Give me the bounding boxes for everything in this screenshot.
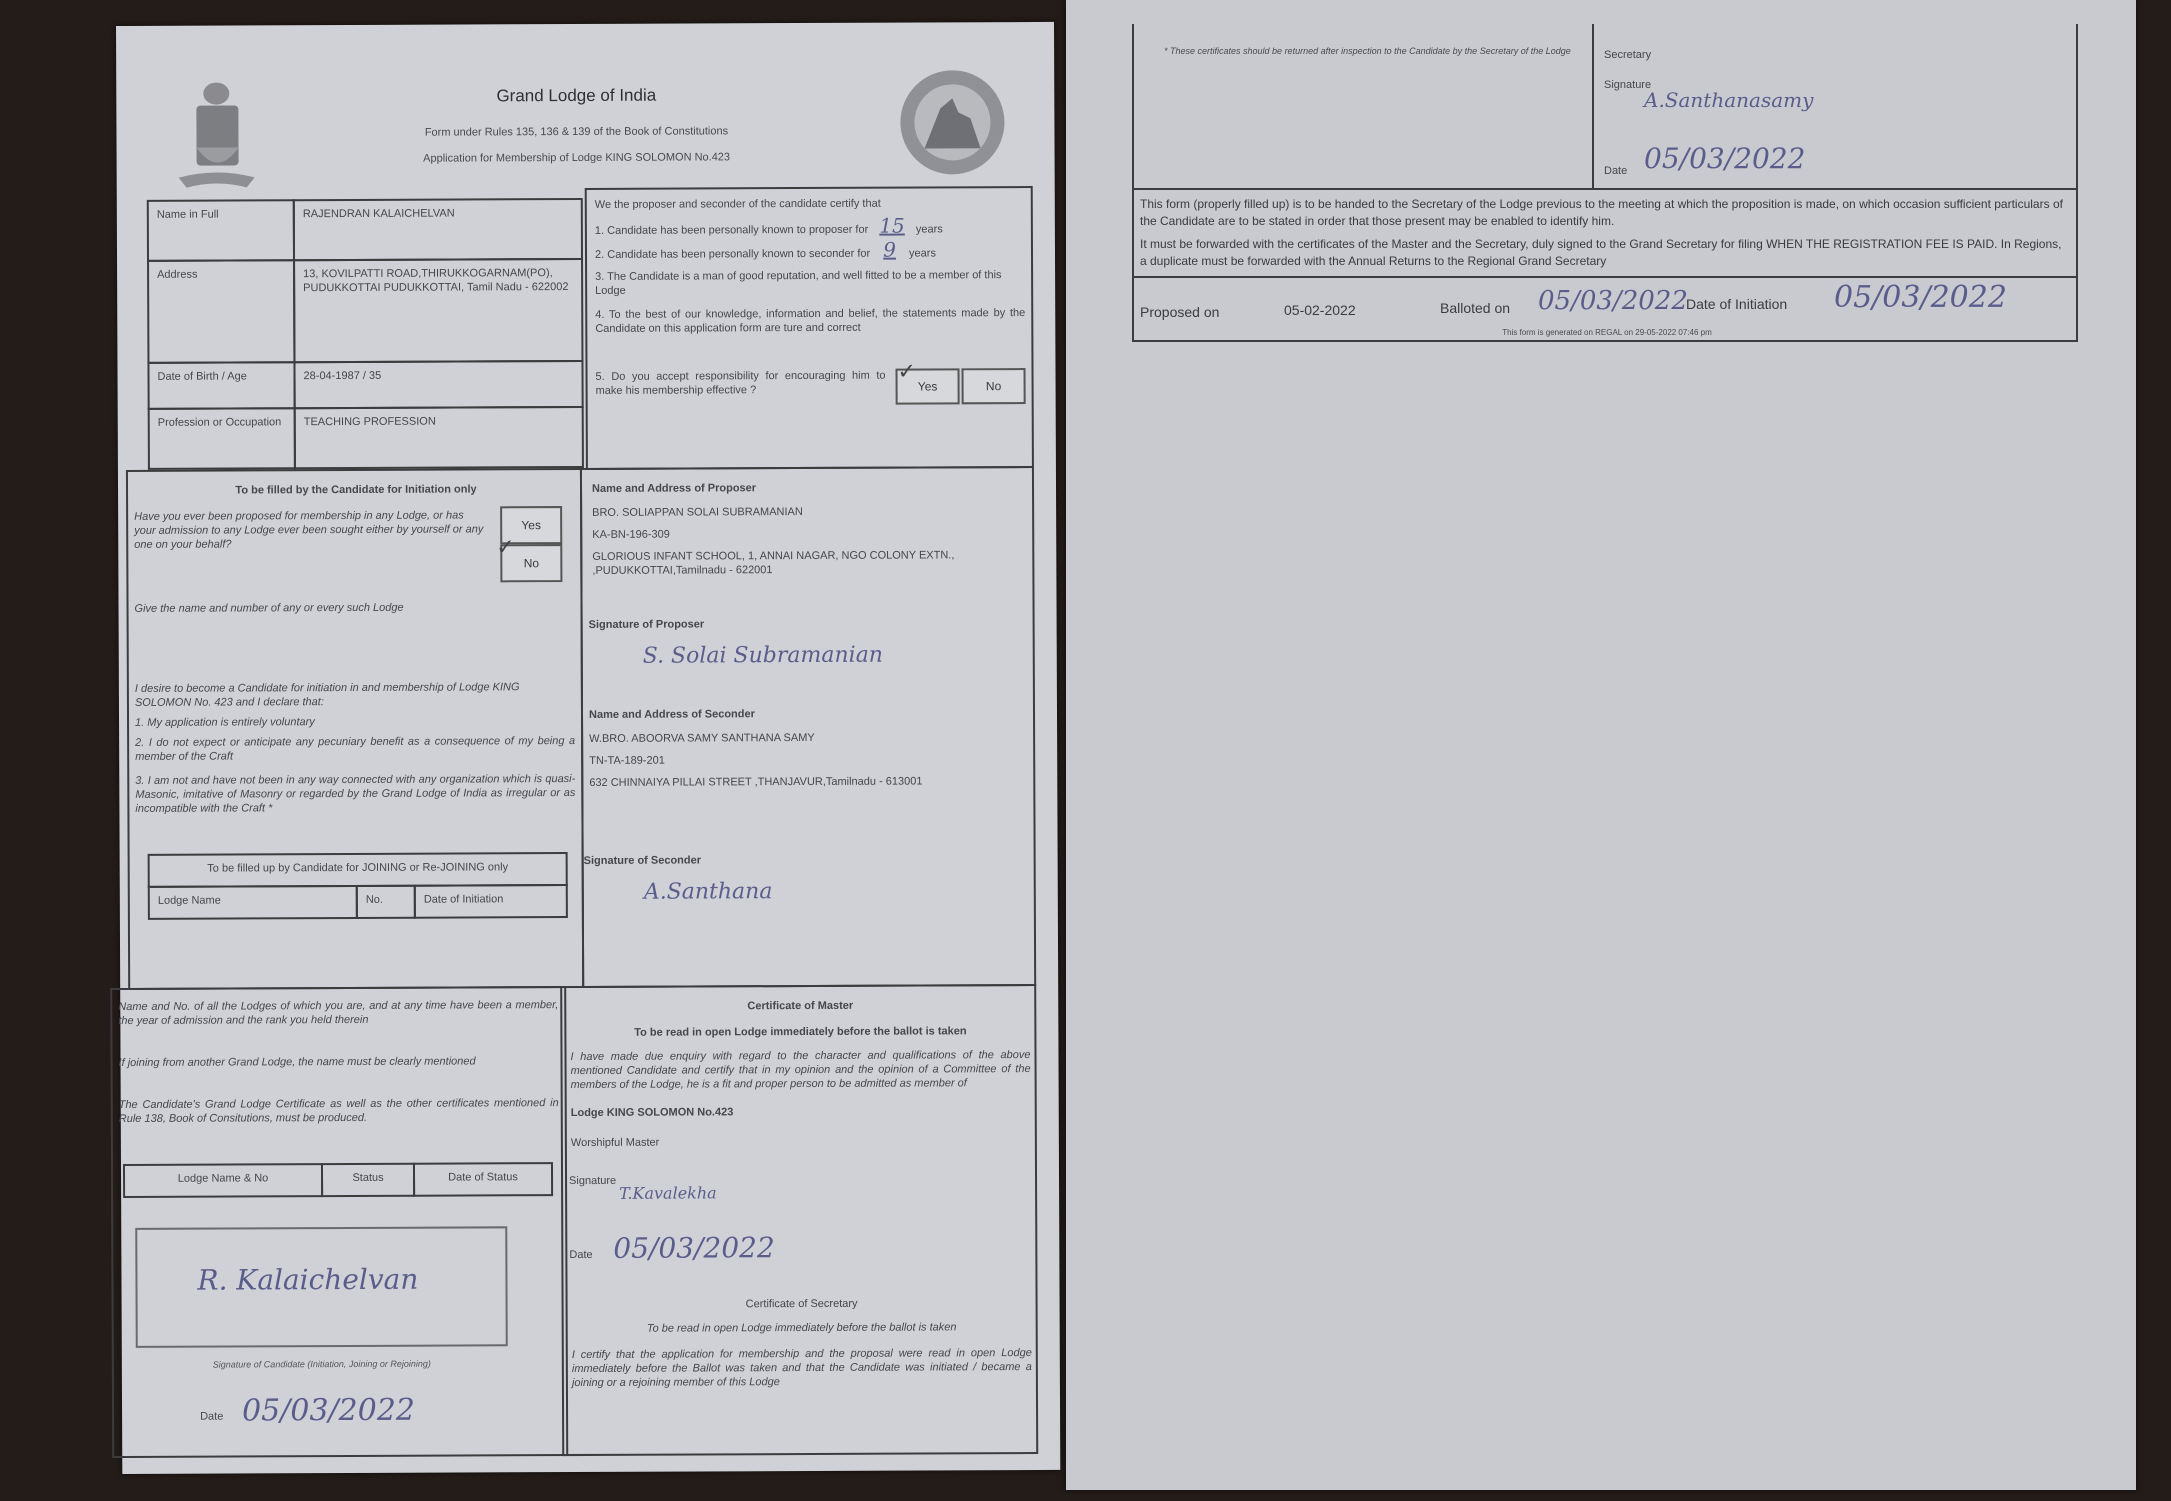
initiation-desire: I desire to become a Candidate for initi…	[135, 680, 575, 710]
master-signature-label: Signature	[569, 1174, 616, 1188]
lodges-info-para-3: The Candidate's Grand Lodge Certificate …	[119, 1096, 559, 1126]
form-title: Grand Lodge of India	[356, 85, 796, 107]
yes-label: Yes	[521, 518, 541, 532]
seconder-signature: A.Santhana	[644, 879, 773, 905]
dob-label: Date of Birth / Age	[147, 361, 295, 410]
no-label: No	[986, 379, 1001, 393]
cert-intro: We the proposer and seconder of the cand…	[595, 196, 1025, 212]
address-label: Address	[147, 259, 295, 364]
master-date-value: 05/03/2022	[613, 1231, 775, 1265]
candidate-date-label: Date	[200, 1410, 223, 1424]
proposer-signature-label: Signature of Proposer	[589, 617, 705, 632]
name-label: Name in Full	[147, 199, 295, 262]
master-cert-lodge: Lodge KING SOLOMON No.423	[571, 1105, 734, 1120]
secretary-cert-subheading: To be read in open Lodge immediately bef…	[564, 1320, 1040, 1336]
declaration-2: 2. I do not expect or anticipate any pec…	[135, 734, 575, 764]
ballot-dates-section: Proposed on 05-02-2022 Balloted on 05/03…	[1132, 276, 2078, 342]
form-rules-line: Form under Rules 135, 136 & 139 of the B…	[356, 125, 796, 139]
master-signature: T.Kavalekha	[619, 1183, 717, 1202]
form-page-back: * These certificates should be returned …	[1066, 0, 2136, 1490]
secretary-date-label: Date	[1604, 164, 1627, 178]
grand-lodge-crest-icon	[176, 77, 257, 195]
yes-label: Yes	[918, 379, 938, 393]
seconder-name: W.BRO. ABOORVA SAMY SANTHANA SAMY	[589, 731, 815, 746]
master-date-label: Date	[569, 1248, 592, 1262]
proposer-seconder-section: Name and Address of Proposer BRO. SOLIAP…	[580, 466, 1036, 988]
responsibility-no-checkbox[interactable]: No	[962, 368, 1026, 404]
profession-label: Profession or Occupation	[148, 407, 296, 470]
cert-item-5: 5. Do you accept responsibility for enco…	[596, 369, 886, 398]
master-cert-subheading: To be read in open Lodge immediately bef…	[562, 1024, 1038, 1040]
proposer-name: BRO. SOLIAPPAN SOLAI SUBRAMANIAN	[592, 505, 803, 520]
joining-col-no: No.	[356, 885, 416, 919]
form-application-line: Application for Membership of Lodge KING…	[357, 151, 797, 165]
profession-value: TEACHING PROFESSION	[294, 406, 584, 469]
initiation-heading: To be filled by the Candidate for Initia…	[128, 482, 584, 498]
date-of-initiation-label: Date of Initiation	[1686, 294, 1787, 314]
secretary-cert-heading: Certificate of Secretary	[564, 1296, 1040, 1312]
address-value: 13, KOVILPATTI ROAD,THIRUKKOGARNAM(PO), …	[293, 258, 583, 363]
cert-item-2: 2. Candidate has been personally known t…	[595, 242, 1025, 262]
grand-lodge-seal-icon	[898, 68, 1006, 176]
joining-col-lodge-name: Lodge Name	[148, 885, 358, 920]
lodges-col-status: Status	[321, 1163, 415, 1197]
balloted-on-label: Balloted on	[1440, 298, 1510, 318]
proposer-address: GLORIOUS INFANT SCHOOL, 1, ANNAI NAGAR, …	[592, 548, 1022, 578]
cert-item-4: 4. To the best of our knowledge, informa…	[595, 306, 1025, 336]
joining-table-heading: To be filled up by Candidate for JOINING…	[148, 852, 568, 888]
dob-value: 28-04-1987 / 35	[293, 360, 583, 409]
proposer-years-value: 15	[871, 214, 913, 238]
lodges-info-section: Name and No. of all the Lodges of which …	[110, 986, 568, 1458]
years-label: years	[909, 247, 936, 259]
initiation-section: To be filled by the Candidate for Initia…	[126, 468, 584, 990]
lodges-col-name: Lodge Name & No	[123, 1163, 323, 1198]
cert-item-1: 1. Candidate has been personally known t…	[595, 218, 1025, 238]
lodges-info-para-1: Name and No. of all the Lodges of which …	[118, 998, 558, 1028]
proposer-signature: S. Solai Subramanian	[643, 643, 883, 669]
initiation-question: Have you ever been proposed for membersh…	[134, 508, 484, 552]
generated-note: This form is generated on REGAL on 29-05…	[1134, 328, 2080, 337]
form-page-front: Grand Lodge of India Form under Rules 13…	[116, 22, 1060, 1474]
joining-col-date: Date of Initiation	[414, 884, 568, 919]
secretary-signature-section: * These certificates should be returned …	[1132, 24, 2078, 190]
certificates-footnote: * These certificates should be returned …	[1164, 44, 1584, 58]
instructions-para-2: It must be forwarded with the certificat…	[1140, 236, 2070, 270]
instructions-para-1: This form (properly filled up) is to be …	[1140, 196, 2070, 230]
date-of-initiation-value: 05/03/2022	[1834, 280, 2007, 315]
lodges-info-para-2: If joining from another Grand Lodge, the…	[118, 1054, 558, 1070]
seconder-years-value: 9	[873, 238, 906, 262]
checkmark-icon: ✓	[496, 534, 515, 560]
secretary-signature: A.Santhanasamy	[1644, 88, 1813, 112]
cert-item-3: 3. The Candidate is a man of good reputa…	[595, 268, 1025, 298]
cert-item-2-text: 2. Candidate has been personally known t…	[595, 248, 870, 261]
seconder-heading: Name and Address of Seconder	[589, 707, 755, 722]
worshipful-master-label: Worshipful Master	[571, 1136, 659, 1150]
candidate-date-value: 05/03/2022	[242, 1393, 415, 1429]
secretary-cert-body: I certify that the application for membe…	[572, 1346, 1032, 1390]
lodges-col-date: Date of Status	[413, 1162, 553, 1197]
candidate-signature-box: R. Kalaichelvan	[135, 1226, 508, 1348]
proposed-on-value: 05-02-2022	[1284, 300, 1356, 320]
column-divider	[1592, 24, 1594, 190]
no-label: No	[524, 556, 539, 570]
proposed-on-label: Proposed on	[1140, 302, 1219, 322]
proposer-heading: Name and Address of Proposer	[592, 481, 756, 496]
proposer-id: KA-BN-196-309	[592, 528, 670, 542]
candidate-signature: R. Kalaichelvan	[197, 1263, 418, 1297]
proposer-certification-box: We the proposer and seconder of the cand…	[585, 186, 1034, 470]
master-cert-body: I have made due enquiry with regard to t…	[570, 1048, 1030, 1092]
name-value: RAJENDRAN KALAICHELVAN	[293, 198, 583, 261]
master-secretary-section: Certificate of Master To be read in open…	[560, 984, 1038, 1456]
seconder-signature-label: Signature of Seconder	[584, 853, 701, 868]
seconder-id: TN-TA-189-201	[589, 754, 665, 768]
declaration-3: 3. I am not and have not been in any way…	[135, 772, 575, 816]
seconder-address: 632 CHINNAIYA PILLAI STREET ,THANJAVUR,T…	[589, 774, 922, 789]
candidate-signature-caption: Signature of Candidate (Initiation, Join…	[136, 1358, 508, 1370]
declaration-1: 1. My application is entirely voluntary	[135, 714, 575, 730]
give-lodge-name-prompt: Give the name and number of any or every…	[135, 600, 565, 616]
checkmark-icon: ✓	[897, 359, 916, 385]
years-label: years	[916, 223, 943, 235]
balloted-on-value: 05/03/2022	[1538, 286, 1688, 316]
master-cert-heading: Certificate of Master	[562, 998, 1038, 1014]
secretary-label: Secretary	[1604, 48, 1651, 62]
cert-item-1-text: 1. Candidate has been personally known t…	[595, 224, 868, 237]
secretary-date-value: 05/03/2022	[1644, 142, 1805, 175]
instructions-section: This form (properly filled up) is to be …	[1132, 188, 2078, 278]
